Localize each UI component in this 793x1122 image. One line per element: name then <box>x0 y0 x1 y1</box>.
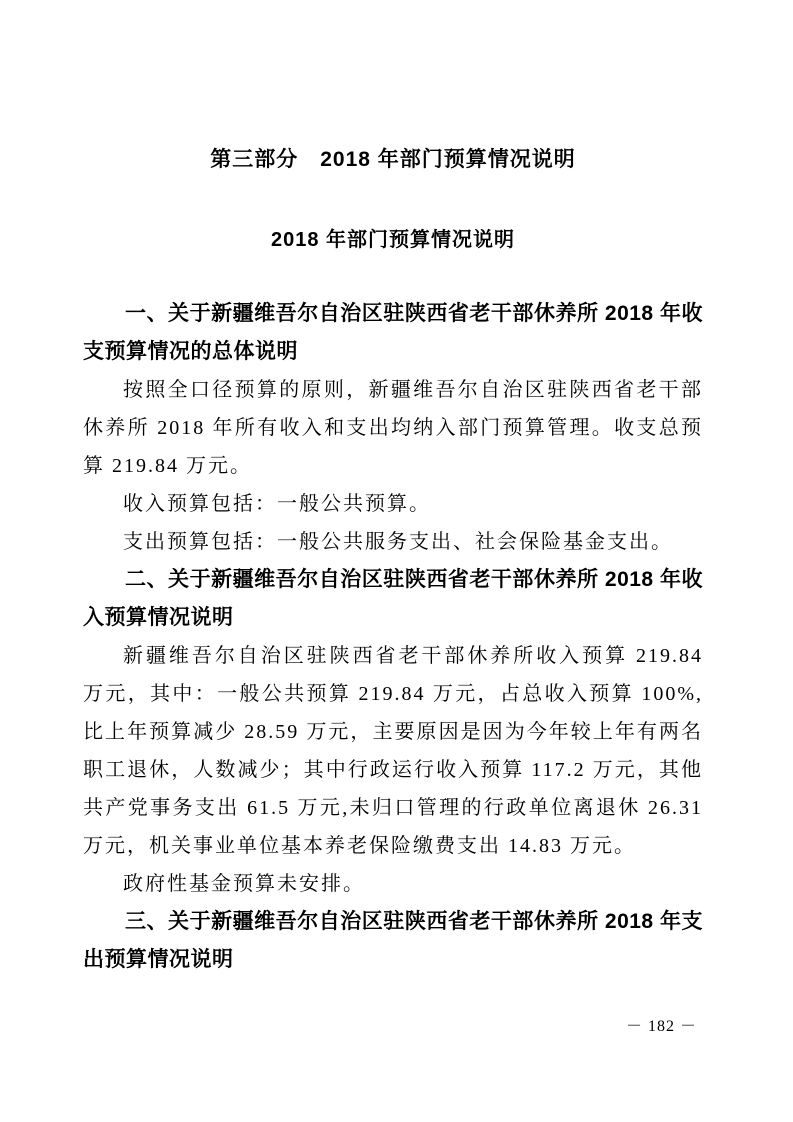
section-1-paragraph-1: 按照全口径预算的原则，新疆维吾尔自治区驻陕西省老干部休养所 2018 年所有收入… <box>83 371 703 485</box>
section-3-heading: 三、关于新疆维吾尔自治区驻陕西省老干部休养所 2018 年支出预算情况说明 <box>83 903 703 979</box>
document-title: 2018 年部门预算情况说明 <box>83 221 703 259</box>
section-expenditure: 三、关于新疆维吾尔自治区驻陕西省老干部休养所 2018 年支出预算情况说明 <box>83 903 703 979</box>
section-1-paragraph-3: 支出预算包括：一般公共服务支出、社会保险基金支出。 <box>83 523 703 561</box>
page-number: － 182 － <box>626 1017 697 1037</box>
document-content: 第三部分 2018 年部门预算情况说明 2018 年部门预算情况说明 一、关于新… <box>83 141 703 979</box>
section-1-paragraph-2: 收入预算包括：一般公共预算。 <box>83 485 703 523</box>
section-revenue: 二、关于新疆维吾尔自治区驻陕西省老干部休养所 2018 年收入预算情况说明 新疆… <box>83 561 703 903</box>
section-2-heading: 二、关于新疆维吾尔自治区驻陕西省老干部休养所 2018 年收入预算情况说明 <box>83 561 703 637</box>
part-title: 第三部分 2018 年部门预算情况说明 <box>83 141 703 179</box>
section-overview: 一、关于新疆维吾尔自治区驻陕西省老干部休养所 2018 年收支预算情况的总体说明… <box>83 295 703 561</box>
section-2-paragraph-2: 政府性基金预算未安排。 <box>83 865 703 903</box>
document-body: 一、关于新疆维吾尔自治区驻陕西省老干部休养所 2018 年收支预算情况的总体说明… <box>83 295 703 979</box>
section-2-paragraph-1: 新疆维吾尔自治区驻陕西省老干部休养所收入预算 219.84 万元，其中：一般公共… <box>83 637 703 865</box>
section-1-heading: 一、关于新疆维吾尔自治区驻陕西省老干部休养所 2018 年收支预算情况的总体说明 <box>83 295 703 371</box>
document-page: 第三部分 2018 年部门预算情况说明 2018 年部门预算情况说明 一、关于新… <box>0 0 793 1122</box>
